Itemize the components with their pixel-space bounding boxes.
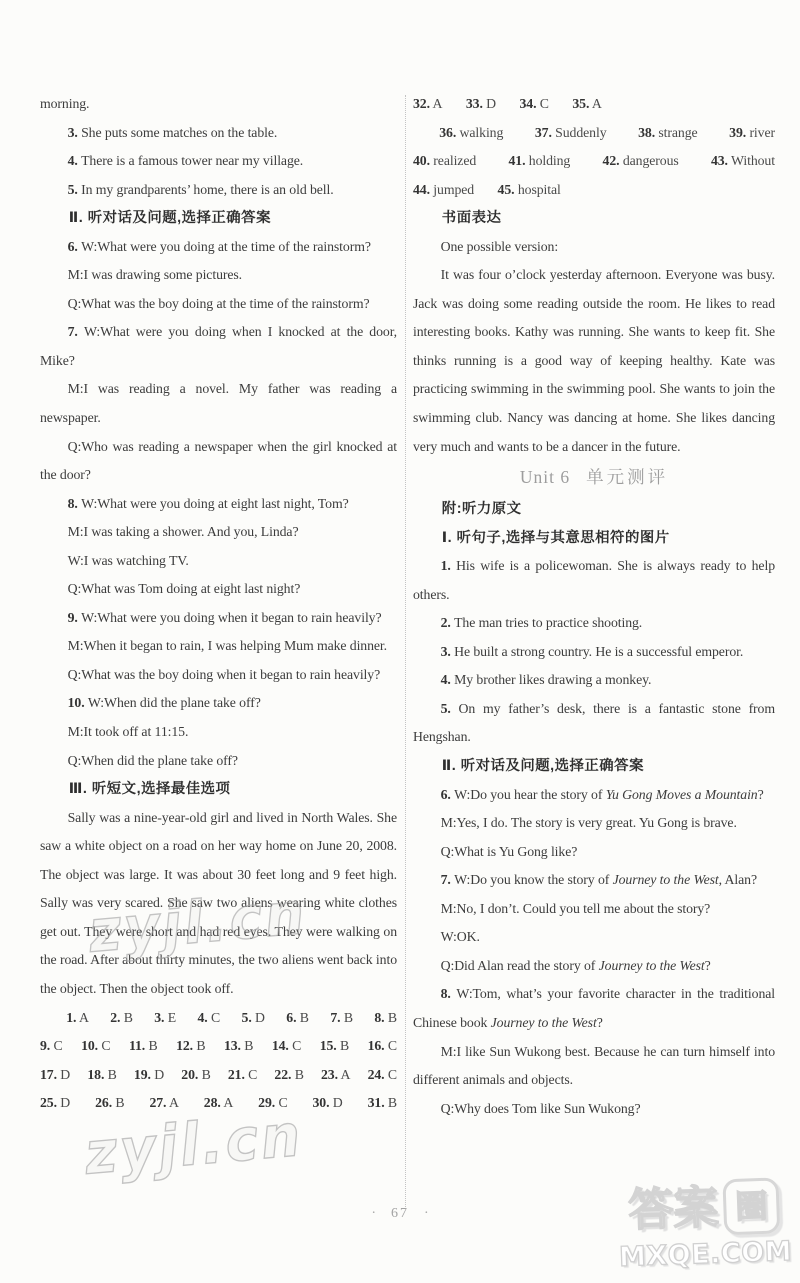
answer-number: 14. [272, 1038, 289, 1053]
item-number: 3. [441, 644, 455, 659]
right-column: 32. A33. D34. C35. A36. walking37. Sudde… [413, 90, 775, 1123]
text-paragraph: M:I was taking a shower. And you, Linda? [40, 518, 397, 547]
answer-item: 24. C [368, 1061, 397, 1090]
answer-value: A [589, 96, 601, 111]
text-segment: M:It took off at 11:15. [68, 724, 189, 739]
text-segment: He built a strong country. He is a succe… [454, 644, 743, 659]
text-segment: morning. [40, 96, 89, 111]
answer-number: 34. [519, 96, 536, 111]
text-segment: M:I was taking a shower. And you, Linda? [68, 524, 299, 539]
text-paragraph: 5. In my grandparents’ home, there is an… [40, 176, 397, 205]
text-segment: Q:Why does Tom like Sun Wukong? [441, 1101, 641, 1116]
answer-value: D [57, 1095, 70, 1110]
answer-number: 33. [466, 96, 483, 111]
section-heading: Ⅱ. 听对话及问题,选择正确答案 [413, 752, 775, 781]
answer-number: 35. [572, 96, 589, 111]
answer-number: 32. [413, 96, 430, 111]
answer-value: dangerous [619, 153, 678, 168]
item-number: 9. [68, 610, 82, 625]
answer-value: C [208, 1010, 220, 1025]
answer-value: B [193, 1038, 205, 1053]
section-heading: Ⅱ. 听对话及问题,选择正确答案 [40, 204, 397, 233]
text-segment: W:What were you doing when it began to r… [81, 610, 381, 625]
answer-book-page: morning.3. She puts some matches on the … [0, 0, 800, 1283]
text-paragraph: 7. W:Do you know the story of Journey to… [413, 866, 775, 895]
answer-item: 22. B [274, 1061, 303, 1090]
item-number: 4. [441, 672, 455, 687]
answer-number: 10. [81, 1038, 98, 1053]
item-number: 1. [441, 558, 456, 573]
text-paragraph: 4. There is a famous tower near my villa… [40, 147, 397, 176]
answer-number: 36. [439, 125, 456, 140]
answer-number: 31. [368, 1095, 385, 1110]
text-segment: W:What were you doing when I knocked at … [40, 324, 397, 368]
answer-item: 9. C [40, 1032, 63, 1061]
answer-number: 17. [40, 1067, 57, 1082]
unit-heading-number: Unit 6 [520, 467, 570, 487]
answer-item: 30. D [312, 1089, 342, 1118]
answer-value: B [337, 1038, 349, 1053]
answer-value: B [104, 1067, 116, 1082]
answer-number: 40. [413, 153, 430, 168]
answer-number: 1. [66, 1010, 76, 1025]
item-number: 2. [441, 615, 455, 630]
item-number: 6. [68, 239, 82, 254]
answer-item: 27. A [149, 1089, 178, 1118]
text-paragraph: 10. W:When did the plane take off? [40, 689, 397, 718]
answer-value: Without [728, 153, 775, 168]
answer-item: 34. C [519, 90, 548, 119]
text-paragraph: It was four o’clock yesterday afternoon.… [413, 261, 775, 461]
text-paragraph: Q:Who was reading a newspaper when the g… [40, 433, 397, 490]
text-segment: Journey to the West [613, 872, 719, 887]
text-segment: ? [705, 958, 711, 973]
answer-row: 17. D18. B19. D20. B21. C22. B23. A24. C [40, 1061, 397, 1090]
text-segment: On my father’s desk, there is a fantasti… [413, 701, 775, 745]
text-segment: M:I was reading a novel. My father was r… [40, 381, 397, 425]
footer-dot-left: · [371, 1206, 376, 1221]
answer-item: 3. E [154, 1004, 176, 1033]
answer-item: 11. B [129, 1032, 158, 1061]
answer-row: 1. A2. B3. E4. C5. D6. B7. B8. B [40, 1004, 397, 1033]
answer-item: 38. strange [638, 119, 697, 148]
answer-value: walking [456, 125, 503, 140]
answer-item: 23. A [321, 1061, 350, 1090]
answer-number: 45. [498, 182, 515, 197]
text-paragraph: Q:What was Tom doing at eight last night… [40, 575, 397, 604]
answer-number: 27. [149, 1095, 166, 1110]
answer-number: 3. [154, 1010, 164, 1025]
unit-heading: Unit 6单元测评 [413, 462, 775, 493]
answer-item: 25. D [40, 1089, 70, 1118]
answer-value: A [430, 96, 442, 111]
text-segment: In my grandparents’ home, there is an ol… [81, 182, 334, 197]
text-segment: Q:What was the boy doing when it began t… [68, 667, 381, 682]
item-number: 4. [68, 153, 82, 168]
item-number: 7. [68, 324, 84, 339]
answer-number: 30. [312, 1095, 329, 1110]
answer-value: D [483, 96, 496, 111]
answer-value: jumped [430, 182, 474, 197]
answer-item: 19. D [134, 1061, 164, 1090]
text-paragraph: 6. W:Do you hear the story of Yu Gong Mo… [413, 781, 775, 810]
answer-value: C [275, 1095, 287, 1110]
text-segment: Q:Who was reading a newspaper when the g… [40, 439, 397, 483]
answer-value: strange [655, 125, 698, 140]
answer-number: 9. [40, 1038, 50, 1053]
answer-number: 41. [508, 153, 525, 168]
answer-item: 12. B [176, 1032, 205, 1061]
answer-number: 21. [228, 1067, 245, 1082]
answer-value: A [166, 1095, 178, 1110]
answer-number: 24. [368, 1067, 385, 1082]
text-paragraph: morning. [40, 90, 397, 119]
answer-value: B [385, 1095, 397, 1110]
text-segment: His wife is a policewoman. She is always… [413, 558, 775, 602]
left-column: morning.3. She puts some matches on the … [40, 90, 397, 1118]
answer-value: D [57, 1067, 70, 1082]
text-paragraph: Q:What is Yu Gong like? [413, 838, 775, 867]
answer-item: 41. holding [508, 147, 570, 176]
text-segment: M:I like Sun Wukong best. Because he can… [413, 1044, 775, 1088]
text-segment: Q:Did Alan read the story of [441, 958, 599, 973]
text-paragraph: Q:Did Alan read the story of Journey to … [413, 952, 775, 981]
answer-number: 23. [321, 1067, 338, 1082]
answer-item: 8. B [374, 1004, 397, 1033]
text-paragraph: M:Yes, I do. The story is very great. Yu… [413, 809, 775, 838]
answer-item: 10. C [81, 1032, 110, 1061]
text-segment: Q:What is Yu Gong like? [441, 844, 578, 859]
answer-number: 18. [87, 1067, 104, 1082]
answer-row: 32. A33. D34. C35. A [413, 90, 775, 119]
text-paragraph: W:OK. [413, 923, 775, 952]
answer-value: B [291, 1067, 303, 1082]
answer-item: 6. B [286, 1004, 309, 1033]
text-paragraph: M:It took off at 11:15. [40, 718, 397, 747]
answer-value: river [746, 125, 775, 140]
answer-item: 20. B [181, 1061, 210, 1090]
answer-value: D [151, 1067, 164, 1082]
text-segment: Q:What was the boy doing at the time of … [68, 296, 370, 311]
answer-number: 5. [242, 1010, 252, 1025]
answer-value: B [198, 1067, 210, 1082]
answer-value: A [338, 1067, 350, 1082]
item-number: 7. [441, 872, 455, 887]
answer-number: 2. [110, 1010, 120, 1025]
answer-number: 38. [638, 125, 655, 140]
text-paragraph: M:No, I don’t. Could you tell me about t… [413, 895, 775, 924]
text-segment: W:Do you hear the story of [454, 787, 606, 802]
answer-row: 44. jumped45. hospital [413, 176, 775, 205]
text-paragraph: M:When it began to rain, I was helping M… [40, 632, 397, 661]
answer-row: 25. D26. B27. A28. A29. C30. D31. B [40, 1089, 397, 1118]
text-paragraph: 8. W:Tom, what’s your favorite character… [413, 980, 775, 1037]
answer-value: A [221, 1095, 233, 1110]
text-paragraph: Q:Why does Tom like Sun Wukong? [413, 1095, 775, 1124]
answer-value: E [164, 1010, 176, 1025]
answer-value: B [241, 1038, 253, 1053]
text-segment: Journey to the West [599, 958, 705, 973]
text-paragraph: One possible version: [413, 233, 775, 262]
answer-number: 8. [374, 1010, 384, 1025]
answer-item: 39. river [729, 119, 775, 148]
answer-value: B [296, 1010, 308, 1025]
answer-item: 28. A [204, 1089, 233, 1118]
section-heading: Ⅰ. 听句子,选择与其意思相符的图片 [413, 524, 775, 553]
answer-value: B [384, 1010, 396, 1025]
answer-item: 36. walking [439, 119, 503, 148]
answer-value: B [145, 1038, 157, 1053]
answer-number: 37. [535, 125, 552, 140]
item-number: 8. [441, 986, 457, 1001]
text-paragraph: Q:What was the boy doing at the time of … [40, 290, 397, 319]
text-paragraph: 5. On my father’s desk, there is a fanta… [413, 695, 775, 752]
answer-item: 7. B [330, 1004, 353, 1033]
answer-number: 42. [603, 153, 620, 168]
text-paragraph: Q:When did the plane take off? [40, 747, 397, 776]
answer-item: 21. C [228, 1061, 257, 1090]
answer-number: 43. [711, 153, 728, 168]
text-paragraph: M:I like Sun Wukong best. Because he can… [413, 1038, 775, 1095]
answer-number: 16. [368, 1038, 385, 1053]
text-paragraph: Q:What was the boy doing when it began t… [40, 661, 397, 690]
answer-item: 4. C [198, 1004, 221, 1033]
answer-item: 13. B [224, 1032, 253, 1061]
item-number: 6. [441, 787, 455, 802]
text-segment: Sally was a nine-year-old girl and lived… [40, 810, 397, 996]
text-segment: W:Do you know the story of [454, 872, 613, 887]
unit-heading-label: 单元测评 [586, 467, 668, 487]
text-paragraph: M:I was reading a novel. My father was r… [40, 375, 397, 432]
answer-number: 11. [129, 1038, 145, 1053]
answer-item: 1. A [66, 1004, 89, 1033]
answer-item: 35. A [572, 90, 601, 119]
text-segment: Q:When did the plane take off? [68, 753, 238, 768]
answer-value: realized [430, 153, 476, 168]
answer-value: hospital [515, 182, 561, 197]
answer-value: B [340, 1010, 352, 1025]
answer-number: 29. [258, 1095, 275, 1110]
text-paragraph: Sally was a nine-year-old girl and lived… [40, 804, 397, 1004]
answer-value: D [329, 1095, 342, 1110]
answer-number: 25. [40, 1095, 57, 1110]
text-segment: ? [758, 787, 764, 802]
answer-item: 37. Suddenly [535, 119, 607, 148]
answer-item: 15. B [320, 1032, 349, 1061]
answer-item: 16. C [368, 1032, 397, 1061]
answer-value: D [252, 1010, 265, 1025]
text-segment: M:No, I don’t. Could you tell me about t… [441, 901, 711, 916]
answer-value: C [289, 1038, 301, 1053]
answer-value: B [112, 1095, 124, 1110]
answer-number: 12. [176, 1038, 193, 1053]
answer-value: Suddenly [552, 125, 607, 140]
answer-value: C [385, 1038, 397, 1053]
answer-item: 40. realized [413, 147, 476, 176]
text-segment: Journey to the West [491, 1015, 597, 1030]
text-paragraph: 7. W:What were you doing when I knocked … [40, 318, 397, 375]
answer-item: 18. B [87, 1061, 116, 1090]
answer-item: 29. C [258, 1089, 287, 1118]
item-number: 10. [68, 695, 88, 710]
answer-value: holding [525, 153, 570, 168]
answer-number: 26. [95, 1095, 112, 1110]
answer-number: 13. [224, 1038, 241, 1053]
text-segment: W:When did the plane take off? [88, 695, 261, 710]
text-segment: W:OK. [441, 929, 480, 944]
text-segment: One possible version: [441, 239, 558, 254]
text-segment: W:I was watching TV. [68, 553, 189, 568]
text-paragraph: 1. His wife is a policewoman. She is alw… [413, 552, 775, 609]
section-heading: Ⅲ. 听短文,选择最佳选项 [40, 775, 397, 804]
answer-item: 43. Without [711, 147, 775, 176]
stamp-site-url: MXQE.COM [613, 1236, 799, 1273]
footer-dot-right: · [424, 1206, 429, 1221]
page-footer: ·67· [0, 1206, 800, 1222]
text-segment: ? [597, 1015, 603, 1030]
answer-item: 42. dangerous [603, 147, 679, 176]
answer-value: A [76, 1010, 88, 1025]
answer-number: 39. [729, 125, 746, 140]
answer-site-stamp: 答案圈 MXQE.COM [610, 1177, 798, 1273]
answer-number: 28. [204, 1095, 221, 1110]
text-segment: Q:What was Tom doing at eight last night… [68, 581, 301, 596]
text-paragraph: W:I was watching TV. [40, 547, 397, 576]
answer-item: 14. C [272, 1032, 301, 1061]
answer-row: 36. walking37. Suddenly38. strange39. ri… [413, 119, 775, 148]
section-heading: 附:听力原文 [413, 495, 775, 524]
text-segment: W:What were you doing at the time of the… [81, 239, 371, 254]
answer-item: 33. D [466, 90, 496, 119]
text-segment: M:I was drawing some pictures. [68, 267, 242, 282]
text-segment: My brother likes drawing a monkey. [454, 672, 651, 687]
answer-value: C [536, 96, 548, 111]
answer-item: 2. B [110, 1004, 133, 1033]
answer-value: C [245, 1067, 257, 1082]
answer-value: C [50, 1038, 62, 1053]
text-paragraph: 6. W:What were you doing at the time of … [40, 233, 397, 262]
answer-value: B [120, 1010, 132, 1025]
column-divider [405, 95, 406, 1207]
text-paragraph: 3. He built a strong country. He is a su… [413, 638, 775, 667]
answer-item: 17. D [40, 1061, 70, 1090]
answer-item: 44. jumped [413, 176, 474, 205]
text-paragraph: 9. W:What were you doing when it began t… [40, 604, 397, 633]
answer-item: 45. hospital [498, 176, 561, 205]
answer-number: 6. [286, 1010, 296, 1025]
answer-item: 32. A [413, 90, 442, 119]
answer-item: 5. D [242, 1004, 265, 1033]
text-segment: There is a famous tower near my village. [81, 153, 303, 168]
text-segment: W:What were you doing at eight last nigh… [81, 496, 349, 511]
answer-row: 9. C10. C11. B12. B13. B14. C15. B16. C [40, 1032, 397, 1061]
text-segment: Yu Gong Moves a Mountain [606, 787, 758, 802]
item-number: 3. [68, 125, 82, 140]
text-paragraph: 2. The man tries to practice shooting. [413, 609, 775, 638]
answer-number: 15. [320, 1038, 337, 1053]
answer-number: 22. [274, 1067, 291, 1082]
item-number: 5. [441, 701, 459, 716]
text-paragraph: 4. My brother likes drawing a monkey. [413, 666, 775, 695]
answer-number: 7. [330, 1010, 340, 1025]
answer-value: C [385, 1067, 397, 1082]
answer-item: 26. B [95, 1089, 124, 1118]
answer-row: 40. realized41. holding42. dangerous43. … [413, 147, 775, 176]
text-segment: M:When it began to rain, I was helping M… [68, 638, 387, 653]
text-paragraph: 3. She puts some matches on the table. [40, 119, 397, 148]
text-segment: , Alan? [719, 872, 757, 887]
answer-number: 20. [181, 1067, 198, 1082]
text-segment: The man tries to practice shooting. [454, 615, 642, 630]
answer-number: 4. [198, 1010, 208, 1025]
page-number: 67 [391, 1206, 409, 1221]
text-segment: It was four o’clock yesterday afternoon.… [413, 267, 775, 453]
text-segment: She puts some matches on the table. [81, 125, 277, 140]
text-paragraph: 8. W:What were you doing at eight last n… [40, 490, 397, 519]
item-number: 8. [68, 496, 82, 511]
item-number: 5. [68, 182, 82, 197]
section-heading: 书面表达 [413, 204, 775, 233]
answer-item: 31. B [368, 1089, 397, 1118]
answer-value: C [98, 1038, 110, 1053]
answer-number: 19. [134, 1067, 151, 1082]
text-paragraph: M:I was drawing some pictures. [40, 261, 397, 290]
text-segment: M:Yes, I do. The story is very great. Yu… [441, 815, 737, 830]
answer-number: 44. [413, 182, 430, 197]
